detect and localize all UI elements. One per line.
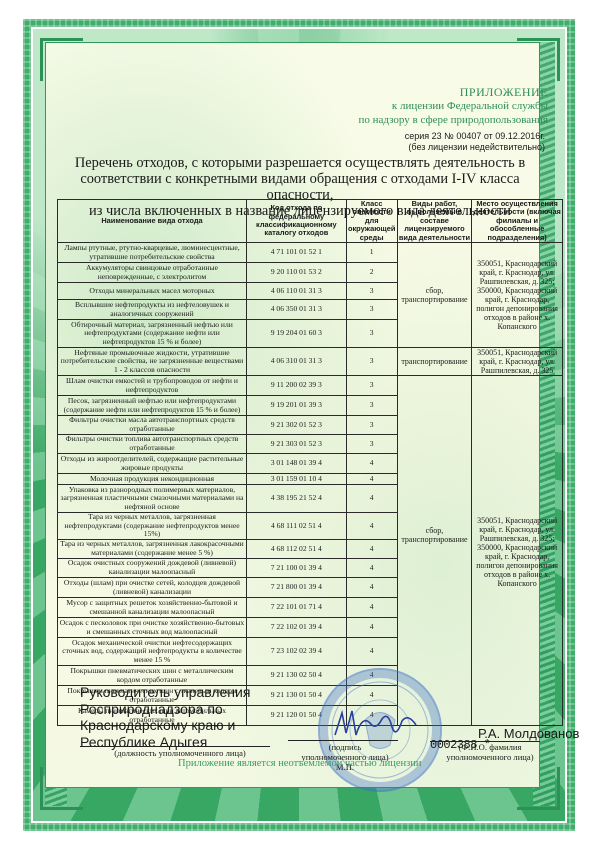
hazard-class-cell: 2: [346, 263, 397, 283]
hazard-class-cell: 3: [346, 300, 397, 320]
waste-code-cell: 7 23 102 02 39 4: [246, 638, 346, 666]
waste-code-cell: 4 06 310 01 31 3: [246, 348, 346, 376]
waste-table: Наименование вида отхода Код отхода по ф…: [57, 199, 563, 726]
caption-line: уполномоченного лица): [435, 752, 545, 762]
header-hazard-class: Класс опасности для окружающей среды: [346, 200, 397, 243]
waste-code-cell: 7 22 102 01 39 4: [246, 618, 346, 638]
hazard-class-cell: 4: [346, 540, 397, 559]
corner-ornament: [517, 38, 560, 81]
hazard-class-cell: 4: [346, 638, 397, 666]
waste-name-cell: Мусор с защитных решеток хозяйственно-бы…: [58, 598, 247, 618]
waste-name-cell: Обтирочный материал, загрязненный нефтью…: [58, 320, 247, 348]
waste-code-cell: 7 21 800 01 39 4: [246, 578, 346, 598]
position-line: Краснодарскому краю и: [80, 717, 250, 734]
waste-code-cell: 4 06 110 01 31 3: [246, 283, 346, 300]
header-waste-code: Код отхода по федеральному классификацио…: [246, 200, 346, 243]
hazard-class-cell: 4: [346, 513, 397, 540]
waste-name-cell: Песок, загрязненный нефтью или нефтепрод…: [58, 396, 247, 416]
waste-code-cell: 4 38 195 21 52 4: [246, 485, 346, 513]
waste-code-cell: 3 01 148 01 39 4: [246, 454, 346, 474]
waste-code-cell: 9 11 200 02 39 3: [246, 376, 346, 396]
waste-code-cell: 4 68 112 02 51 4: [246, 540, 346, 559]
hazard-class-cell: 1: [346, 243, 397, 263]
waste-code-cell: 9 19 204 01 60 3: [246, 320, 346, 348]
validity-note: (без лицензии недействительно): [405, 142, 545, 153]
corner-ornament: [40, 767, 83, 810]
work-types-cell: сбор, транспортирование: [397, 243, 472, 348]
waste-code-cell: 4 71 101 01 52 1: [246, 243, 346, 263]
waste-name-cell: Отходы из жироотделителей, содержащие ра…: [58, 454, 247, 474]
waste-name-cell: Отходы минеральных масел моторных: [58, 283, 247, 300]
table-row: Шлам очистки емкостей и трубопроводов от…: [58, 376, 563, 396]
heading-line: Перечень отходов, с которыми разрешается…: [52, 155, 548, 171]
waste-code-cell: 4 68 111 02 51 4: [246, 513, 346, 540]
waste-name-cell: Шлам очистки емкостей и трубопроводов от…: [58, 376, 247, 396]
waste-name-cell: Упаковка из разнородных полимерных матер…: [58, 485, 247, 513]
waste-name-cell: Молочная продукция некондиционная: [58, 474, 247, 485]
waste-name-cell: Всплывшие нефтепродукты из нефтеловушек …: [58, 300, 247, 320]
header-waste-name: Наименование вида отхода: [58, 200, 247, 243]
waste-code-cell: 4 06 350 01 31 3: [246, 300, 346, 320]
waste-code-cell: 7 22 101 01 71 4: [246, 598, 346, 618]
name-caption: (Ф.И.О. фамилия уполномоченного лица): [435, 742, 545, 762]
hazard-class-cell: 4: [346, 618, 397, 638]
hazard-class-cell: 3: [346, 376, 397, 396]
table-row: Лампы ртутные, ртутно-кварцевые, люминес…: [58, 243, 563, 263]
hazard-class-cell: 3: [346, 320, 397, 348]
hazard-class-cell: 4: [346, 598, 397, 618]
waste-code-cell: 3 01 159 01 10 4: [246, 474, 346, 485]
hazard-class-cell: 3: [346, 348, 397, 376]
position-underline: [80, 746, 270, 747]
waste-name-cell: Осадок очистных сооружений дождевой (лив…: [58, 559, 247, 578]
series-number: серия 23 № 00407 от 09.12.2016г.: [405, 131, 545, 142]
signer-name: Р.А. Молдованов: [478, 726, 579, 741]
appendix-line: по надзору в сфере природопользования: [359, 113, 548, 127]
waste-name-cell: Фильтры очистки топлива автотранспортных…: [58, 435, 247, 454]
caption-line: (подпись: [300, 742, 390, 752]
waste-code-cell: 9 21 303 01 52 3: [246, 435, 346, 454]
hazard-class-cell: 4: [346, 454, 397, 474]
waste-name-cell: Аккумуляторы свинцовые отработанные непо…: [58, 263, 247, 283]
caption-line: (Ф.И.О. фамилия: [435, 742, 545, 752]
appendix-header: ПРИЛОЖЕНИЕ к лицензии Федеральной службы…: [359, 85, 548, 127]
corner-ornament: [517, 767, 560, 810]
hazard-class-cell: 4: [346, 559, 397, 578]
position-line: Росприроднадзора по: [80, 701, 250, 718]
header-work-types: Виды работ, выполняемы в составе лицензи…: [397, 200, 472, 243]
header-location: Место осуществления деятельности (включа…: [472, 200, 563, 243]
footer-note: Приложение является неотъемлемой частью …: [178, 758, 422, 769]
waste-name-cell: Осадок с песколовок при очистке хозяйств…: [58, 618, 247, 638]
appendix-title: ПРИЛОЖЕНИЕ: [359, 85, 548, 99]
hazard-class-cell: 4: [346, 578, 397, 598]
hazard-class-cell: 3: [346, 283, 397, 300]
waste-name-cell: Осадок механической очистки нефтесодержа…: [58, 638, 247, 666]
handwritten-signature: [330, 705, 420, 745]
work-types-cell: транспортирование: [397, 348, 472, 376]
waste-name-cell: Тара из черных металлов, загрязненная не…: [58, 513, 247, 540]
location-cell: 350051, Краснодарский край, г. Краснодар…: [472, 376, 563, 726]
hazard-class-cell: 3: [346, 396, 397, 416]
hazard-class-cell: 3: [346, 435, 397, 454]
waste-name-cell: Нефтяные промывочные жидкости, утративши…: [58, 348, 247, 376]
corner-ornament: [40, 38, 83, 81]
position-caption: (должность уполномоченного лица): [95, 748, 265, 758]
waste-name-cell: Фильтры очистки масла автотранспортных с…: [58, 416, 247, 435]
location-cell: 350051, Краснодарский край, г. Краснодар…: [472, 243, 563, 348]
waste-code-cell: 7 21 100 01 39 4: [246, 559, 346, 578]
license-series: серия 23 № 00407 от 09.12.2016г. (без ли…: [405, 131, 545, 153]
location-cell: 350051, Краснодарский край, г. Краснодар…: [472, 348, 563, 376]
hazard-class-cell: 4: [346, 485, 397, 513]
waste-code-cell: 9 21 302 01 52 3: [246, 416, 346, 435]
table-header-row: Наименование вида отхода Код отхода по ф…: [58, 200, 563, 243]
waste-code-cell: 9 19 201 01 39 3: [246, 396, 346, 416]
table-row: Нефтяные промывочные жидкости, утративши…: [58, 348, 563, 376]
signer-position: Руководитель управления Росприроднадзора…: [80, 684, 250, 750]
waste-code-cell: 9 20 110 01 53 2: [246, 263, 346, 283]
position-line: Руководитель управления: [80, 684, 250, 701]
appendix-line: к лицензии Федеральной службы: [359, 99, 548, 113]
waste-name-cell: Отходы (шлам) при очистке сетей, колодце…: [58, 578, 247, 598]
waste-name-cell: Тара из черных металлов, загрязненная ла…: [58, 540, 247, 559]
signature-underline: [288, 740, 398, 741]
hazard-class-cell: 3: [346, 416, 397, 435]
waste-name-cell: Лампы ртутные, ртутно-кварцевые, люминес…: [58, 243, 247, 263]
hazard-class-cell: 4: [346, 474, 397, 485]
waste-name-cell: Покрышки пневматических шин с металличес…: [58, 666, 247, 686]
